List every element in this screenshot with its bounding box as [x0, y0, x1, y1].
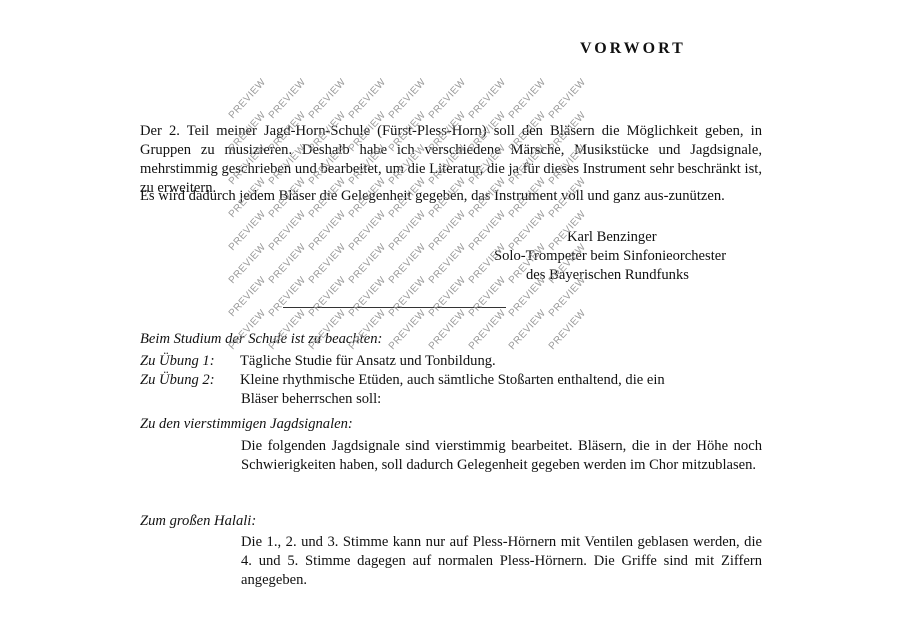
signature-name: Karl Benzinger	[567, 228, 657, 247]
document-page: VORWORT Der 2. Teil meiner Jagd-Horn-Sch…	[0, 0, 900, 636]
notes-title: Beim Studium der Schule ist zu beachten:	[140, 331, 382, 348]
section-text: Die 1., 2. und 3. Stimme kann nur auf Pl…	[241, 533, 762, 590]
note-item: Zu Übung 2:Kleine rhythmische Etüden, au…	[140, 371, 762, 390]
note-label: Zu Übung 2:	[140, 371, 240, 390]
divider	[283, 307, 506, 308]
note-item: Zu Übung 1:Tägliche Studie für Ansatz un…	[140, 352, 762, 371]
note-text: Tägliche Studie für Ansatz und Tonbildun…	[240, 353, 496, 369]
note-label: Zu Übung 1:	[140, 352, 240, 371]
page-heading: VORWORT	[580, 40, 686, 58]
note-text: Kleine rhythmische Etüden, auch sämtlich…	[240, 371, 758, 390]
note-text-continuation: Bläser beherrschen soll:	[241, 390, 762, 409]
signature-title: Solo-Trompeter beim Sinfonieorchester	[494, 247, 726, 266]
section-title: Zum großen Halali:	[140, 513, 256, 530]
preface-paragraph-2: Es wird dadurch jedem Bläser die Gelegen…	[140, 187, 762, 206]
signature-organization: des Bayerischen Rundfunks	[526, 266, 689, 285]
section-text: Die folgenden Jagdsignale sind vierstimm…	[241, 437, 762, 475]
section-title: Zu den vierstimmigen Jagdsignalen:	[140, 416, 353, 433]
